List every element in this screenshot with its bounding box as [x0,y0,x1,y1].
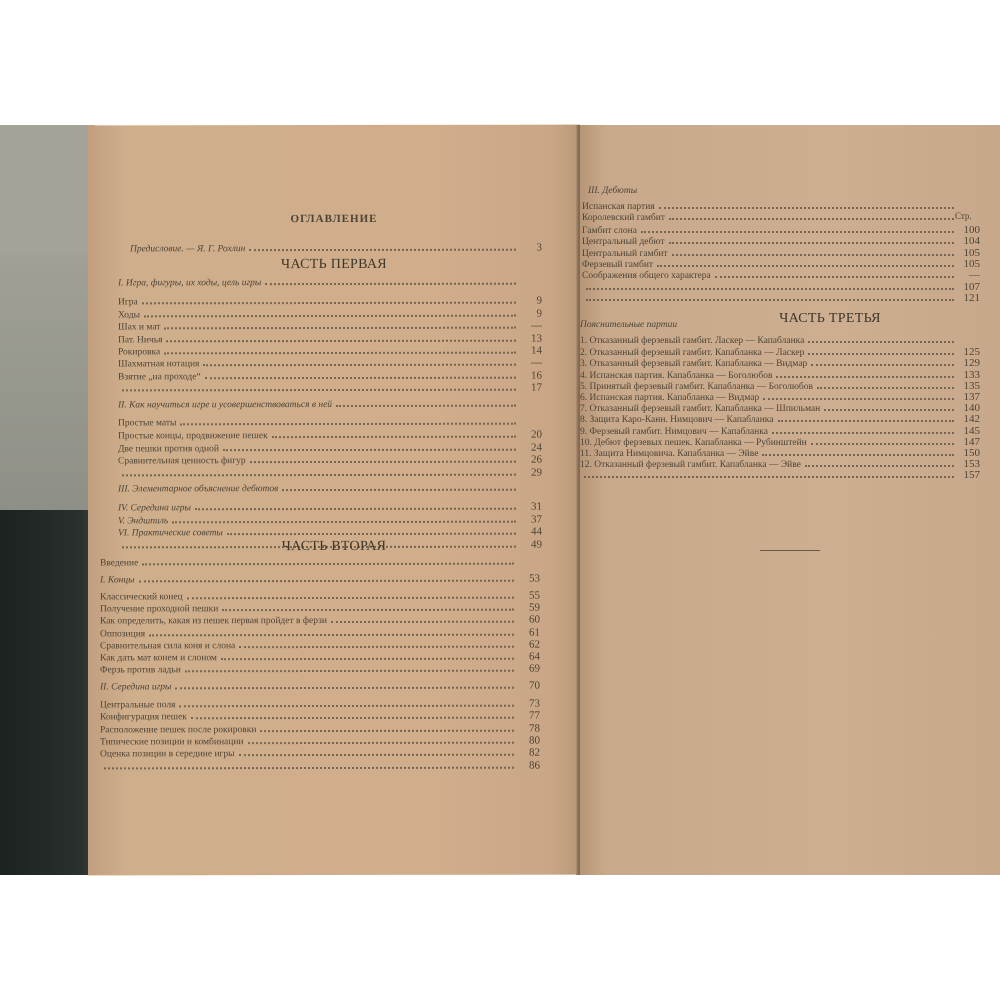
leader-dots [659,201,954,209]
leader-dots [336,398,516,406]
leader-dots [265,277,516,285]
leader-dots [586,293,954,301]
page-number: 60 [518,614,540,627]
page-number: 59 [518,602,540,615]
leader-dots [142,557,514,566]
leader-dots [180,417,516,426]
leader-dots [808,335,954,343]
page-number: 14 [520,345,542,358]
part2-list: ВведениеI. Концы53Классический конец55По… [88,125,580,126]
toc-entry: Ферзь против ладьи69 [100,663,540,677]
entry-label: I. Игра, фигуры, их ходы, цель игры [118,277,261,290]
leader-dots [811,358,954,366]
leader-dots [221,652,514,661]
page-number: 37 [520,513,542,526]
leader-dots [805,459,954,467]
leader-dots [223,442,516,451]
page-number: — [520,357,542,370]
page-number: 44 [520,526,542,539]
leader-dots [149,627,514,636]
page-number: 24 [520,441,542,454]
page-number: 3 [520,242,542,255]
leader-dots [166,333,516,342]
leader-dots [172,514,516,523]
page-number: 77 [518,710,540,723]
leader-dots [164,346,516,355]
part3-title: ЧАСТЬ ТРЕТЬЯ [660,311,1000,327]
section-debuts-heading: III. Дебюты [588,185,637,198]
leader-dots [249,243,516,251]
leader-dots [179,699,514,708]
leader-dots [776,370,954,378]
toc-entry: I. Игра, фигуры, их ходы, цель игры [118,277,542,291]
leader-dots [239,748,514,756]
leader-dots [331,615,514,623]
page-number: 17 [520,382,542,395]
leader-dots [248,736,515,744]
entry-label: I. Концы [100,575,135,588]
toc-entry: II. Середина игры70 [100,679,540,693]
leader-dots [185,664,514,673]
entry-label: II. Середина игры [100,681,171,694]
page-number: — [520,320,542,333]
page-number: 53 [518,573,540,586]
toc-entry: I. Концы53 [100,573,540,587]
leader-dots [250,455,516,463]
leader-dots [104,760,514,769]
page-number: 26 [520,454,542,467]
page-number: 64 [518,651,540,664]
page-number: 80 [518,735,540,748]
leader-dots [763,392,954,400]
leader-dots [260,723,514,731]
part2-title: ЧАСТЬ ВТОРАЯ [88,539,580,556]
leader-dots [144,308,516,317]
page-number: 16 [520,369,542,382]
leader-dots [203,358,516,367]
entry-label: Введение [100,557,138,570]
leader-dots [762,448,954,456]
leader-dots [672,248,954,256]
leader-dots [187,590,514,599]
leader-dots [227,527,516,536]
leader-dots [164,321,516,330]
toc-entry: 86 [100,759,540,773]
section-label: III. Дебюты [588,185,637,198]
page-number: 9 [520,295,542,308]
leader-dots [584,470,954,478]
leader-dots [139,574,514,583]
page-number: 73 [518,698,540,711]
leader-dots [122,383,516,392]
entry-label: Ферзь против ладьи [100,665,181,678]
page-number: 31 [520,501,542,514]
preface-row: Предисловие. — Я. Г. Рохлин 3 [130,242,542,256]
leader-dots [205,370,516,379]
page-number: 82 [518,747,540,760]
leader-dots [641,225,954,233]
toc-entry: 17 [118,382,542,396]
page-number: 69 [518,663,540,676]
leader-dots [778,414,955,422]
leader-dots [669,236,955,244]
leader-dots [222,603,514,612]
page-number: 55 [518,589,540,602]
leader-dots [239,639,514,647]
page-number: 61 [518,626,540,639]
toc-entry: 29 [118,466,542,480]
entry-label: II. Как научиться игре и усовершенствова… [118,399,332,412]
toc-entry: 157 [580,469,980,482]
leader-dots [282,483,516,491]
leader-dots [586,282,954,290]
toc-entry: Введение [100,557,540,571]
leader-dots [772,426,954,434]
page-number: 157 [958,469,980,482]
background-wall [0,125,95,255]
toc-entry: III. Элементарное объяснение дебютов [118,483,542,497]
part3-subtitle-label: Пояснительные партии [580,319,677,332]
leader-dots [817,381,954,389]
leader-dots [191,711,514,720]
page-number: 20 [520,429,542,442]
page-number: 62 [518,638,540,651]
background-dark-surface [0,510,90,875]
page-number: 70 [518,679,540,692]
leader-dots [195,502,516,511]
preface-label: Предисловие. — Я. Г. Рохлин [130,243,245,256]
leader-dots [122,467,516,476]
page-number: 78 [518,722,540,735]
page-number: 86 [518,759,540,772]
leader-dots [142,296,516,305]
toc-entry: II. Как научиться игре и усовершенствова… [118,398,542,412]
part3-subtitle: Пояснительные партии [580,319,677,332]
leader-dots [272,430,516,438]
leader-dots [811,437,954,445]
leader-dots [808,347,954,355]
page-number: 121 [958,292,980,305]
part1-list: I. Игра, фигуры, их ходы, цель игрыИгра9… [88,125,580,126]
part1-title: ЧАСТЬ ПЕРВАЯ [88,257,580,274]
entry-label: Простые маты [118,417,176,430]
end-rule [760,550,820,551]
left-page: ОГЛАВЛЕНИЕ Предисловие. — Я. Г. Рохлин 3… [88,125,580,876]
leader-dots [824,403,954,411]
leader-dots [175,680,514,689]
leader-dots [657,259,954,267]
leader-dots [715,270,954,278]
right-page: III. Дебюты Стр. Испанская партияКоролев… [580,125,1000,875]
page-number: 9 [520,307,542,320]
toc-entry: 121 [582,292,980,305]
entry-label: III. Элементарное объяснение дебютов [118,483,278,496]
page-number: 13 [520,332,542,345]
page-number: 29 [520,466,542,479]
background-wall-shadow [0,255,95,510]
leader-dots [669,212,954,220]
toc-title: ОГЛАВЛЕНИЕ [88,213,580,226]
